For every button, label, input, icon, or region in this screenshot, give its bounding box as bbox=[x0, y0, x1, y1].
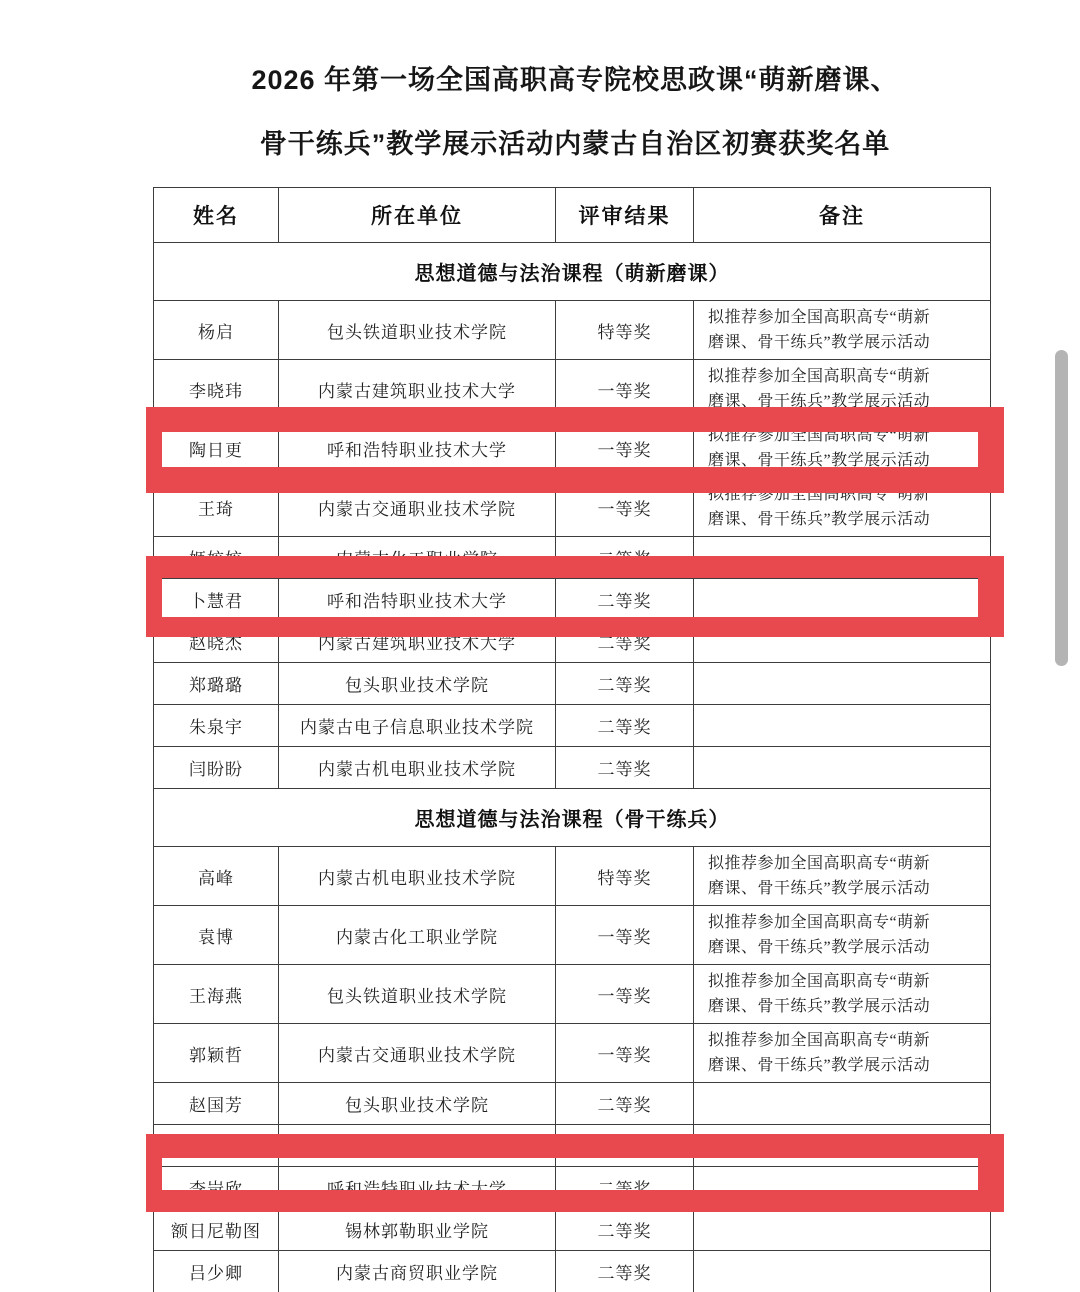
table-row: 王琦内蒙古交通职业技术学院一等奖拟推荐参加全国高职高专“萌新 磨课、骨干练兵”教… bbox=[154, 478, 991, 537]
unit-cell: 包头职业技术学院 bbox=[279, 663, 556, 705]
table-row: 卜慧君呼和浩特职业技术大学二等奖 bbox=[154, 579, 991, 621]
document-title: 2026 年第一场全国高职高专院校思政课“萌新磨课、 骨干练兵”教学展示活动内蒙… bbox=[70, 48, 1080, 176]
table-header-row: 姓名 所在单位 评审结果 备注 bbox=[154, 188, 991, 243]
result-cell: 二等奖 bbox=[556, 1125, 694, 1167]
unit-cell: 内蒙古化工职业学院 bbox=[279, 537, 556, 579]
result-cell: 一等奖 bbox=[556, 1024, 694, 1083]
header-name: 姓名 bbox=[154, 188, 279, 243]
result-cell: 二等奖 bbox=[556, 1251, 694, 1292]
result-cell: 特等奖 bbox=[556, 847, 694, 906]
remark-cell: 拟推荐参加全国高职高专“萌新 磨课、骨干练兵”教学展示活动 bbox=[694, 301, 991, 360]
result-cell: 二等奖 bbox=[556, 1083, 694, 1125]
section-header-row: 思想道德与法治课程（骨干练兵） bbox=[154, 789, 991, 847]
unit-cell: 呼和浩特职业技术大学 bbox=[279, 1167, 556, 1209]
result-cell: 二等奖 bbox=[556, 579, 694, 621]
remark-cell bbox=[694, 579, 991, 621]
remark-cell bbox=[694, 537, 991, 579]
remark-cell bbox=[694, 747, 991, 789]
table-row: 李晓玮内蒙古建筑职业技术大学一等奖拟推荐参加全国高职高专“萌新 磨课、骨干练兵”… bbox=[154, 360, 991, 419]
name-cell: 吕少卿 bbox=[154, 1251, 279, 1292]
section-header-row: 思想道德与法治课程（萌新磨课） bbox=[154, 243, 991, 301]
table-row: 朱泉宇内蒙古电子信息职业技术学院二等奖 bbox=[154, 705, 991, 747]
unit-cell: 锡林郭勒职业学院 bbox=[279, 1209, 556, 1251]
result-cell: 二等奖 bbox=[556, 1167, 694, 1209]
remark-cell bbox=[694, 1251, 991, 1292]
header-unit: 所在单位 bbox=[279, 188, 556, 243]
result-cell: 二等奖 bbox=[556, 621, 694, 663]
unit-cell: 内蒙古化工职业学院 bbox=[279, 906, 556, 965]
remark-cell bbox=[694, 621, 991, 663]
remark-cell: 拟推荐参加全国高职高专“萌新 磨课、骨干练兵”教学展示活动 bbox=[694, 906, 991, 965]
table-row: 李岢欣呼和浩特职业技术大学二等奖 bbox=[154, 1167, 991, 1209]
result-cell: 特等奖 bbox=[556, 301, 694, 360]
result-cell: 一等奖 bbox=[556, 478, 694, 537]
unit-cell: 内蒙古建筑职业技术大学 bbox=[279, 1125, 556, 1167]
table-row: 郭颖哲内蒙古交通职业技术学院一等奖拟推荐参加全国高职高专“萌新 磨课、骨干练兵”… bbox=[154, 1024, 991, 1083]
name-cell: 朱泉宇 bbox=[154, 705, 279, 747]
table-row: 赵晓杰内蒙古建筑职业技术大学二等奖 bbox=[154, 621, 991, 663]
result-cell: 一等奖 bbox=[556, 965, 694, 1024]
unit-cell: 包头职业技术学院 bbox=[279, 1083, 556, 1125]
name-cell: 李晓玮 bbox=[154, 360, 279, 419]
remark-cell bbox=[694, 1083, 991, 1125]
remark-cell: 拟推荐参加全国高职高专“萌新 磨课、骨干练兵”教学展示活动 bbox=[694, 419, 991, 478]
result-cell: 二等奖 bbox=[556, 705, 694, 747]
name-cell: 额日尼勒图 bbox=[154, 1209, 279, 1251]
table-row: 高峰内蒙古机电职业技术学院特等奖拟推荐参加全国高职高专“萌新 磨课、骨干练兵”教… bbox=[154, 847, 991, 906]
remark-cell: 拟推荐参加全国高职高专“萌新 磨课、骨干练兵”教学展示活动 bbox=[694, 478, 991, 537]
title-line-2: 骨干练兵”教学展示活动内蒙古自治区初赛获奖名单 bbox=[70, 112, 1080, 176]
table-row: 额日尼勒图锡林郭勒职业学院二等奖 bbox=[154, 1209, 991, 1251]
header-remark: 备注 bbox=[694, 188, 991, 243]
unit-cell: 内蒙古商贸职业学院 bbox=[279, 1251, 556, 1292]
name-cell: 郑璐璐 bbox=[154, 663, 279, 705]
result-cell: 二等奖 bbox=[556, 747, 694, 789]
document-page: 2026 年第一场全国高职高专院校思政课“萌新磨课、 骨干练兵”教学展示活动内蒙… bbox=[0, 0, 1080, 1292]
table-row: 郑璐璐包头职业技术学院二等奖 bbox=[154, 663, 991, 705]
unit-cell: 包头铁道职业技术学院 bbox=[279, 301, 556, 360]
name-cell: 卜慧君 bbox=[154, 579, 279, 621]
name-cell: 李岢欣 bbox=[154, 1167, 279, 1209]
result-cell: 一等奖 bbox=[556, 419, 694, 478]
name-cell: 姬姣姣 bbox=[154, 537, 279, 579]
unit-cell: 内蒙古建筑职业技术大学 bbox=[279, 621, 556, 663]
remark-cell: 拟推荐参加全国高职高专“萌新 磨课、骨干练兵”教学展示活动 bbox=[694, 965, 991, 1024]
name-cell: 王海燕 bbox=[154, 965, 279, 1024]
table-row: 吕少卿内蒙古商贸职业学院二等奖 bbox=[154, 1251, 991, 1292]
unit-cell: 呼和浩特职业技术大学 bbox=[279, 579, 556, 621]
unit-cell: 内蒙古建筑职业技术大学 bbox=[279, 360, 556, 419]
remark-cell bbox=[694, 705, 991, 747]
remark-cell: 拟推荐参加全国高职高专“萌新 磨课、骨干练兵”教学展示活动 bbox=[694, 360, 991, 419]
unit-cell: 内蒙古机电职业技术学院 bbox=[279, 747, 556, 789]
remark-cell bbox=[694, 663, 991, 705]
remark-cell bbox=[694, 1209, 991, 1251]
result-cell: 二等奖 bbox=[556, 1209, 694, 1251]
result-cell: 一等奖 bbox=[556, 360, 694, 419]
name-cell: 高峰 bbox=[154, 847, 279, 906]
table-row: 袁博内蒙古化工职业学院一等奖拟推荐参加全国高职高专“萌新 磨课、骨干练兵”教学展… bbox=[154, 906, 991, 965]
name-cell: 赵晓杰 bbox=[154, 621, 279, 663]
table-row: 王海燕包头铁道职业技术学院一等奖拟推荐参加全国高职高专“萌新 磨课、骨干练兵”教… bbox=[154, 965, 991, 1024]
unit-cell: 呼和浩特职业技术大学 bbox=[279, 419, 556, 478]
section-title: 思想道德与法治课程（骨干练兵） bbox=[154, 789, 991, 847]
remark-cell: 拟推荐参加全国高职高专“萌新 磨课、骨干练兵”教学展示活动 bbox=[694, 1024, 991, 1083]
remark-cell: 拟推荐参加全国高职高专“萌新 磨课、骨干练兵”教学展示活动 bbox=[694, 847, 991, 906]
result-cell: 二等奖 bbox=[556, 663, 694, 705]
name-cell: 赵国芳 bbox=[154, 1083, 279, 1125]
table-row: 姬姣姣内蒙古化工职业学院二等奖 bbox=[154, 537, 991, 579]
results-table-body: 思想道德与法治课程（萌新磨课）杨启包头铁道职业技术学院特等奖拟推荐参加全国高职高… bbox=[154, 243, 991, 1292]
remark-cell bbox=[694, 1125, 991, 1167]
remark-cell bbox=[694, 1167, 991, 1209]
name-cell: 闫盼盼 bbox=[154, 747, 279, 789]
name-cell: 郭颖哲 bbox=[154, 1024, 279, 1083]
section-title: 思想道德与法治课程（萌新磨课） bbox=[154, 243, 991, 301]
table-row: 闫盼盼内蒙古机电职业技术学院二等奖 bbox=[154, 747, 991, 789]
name-cell: 王琦 bbox=[154, 478, 279, 537]
name-cell: 陶日更 bbox=[154, 419, 279, 478]
results-table: 姓名 所在单位 评审结果 备注 思想道德与法治课程（萌新磨课）杨启包头铁道职业技… bbox=[153, 187, 991, 1292]
name-cell: 袁博 bbox=[154, 906, 279, 965]
unit-cell: 内蒙古电子信息职业技术学院 bbox=[279, 705, 556, 747]
scrollbar-thumb[interactable] bbox=[1055, 350, 1068, 666]
name-cell: 郭凡 bbox=[154, 1125, 279, 1167]
name-cell: 杨启 bbox=[154, 301, 279, 360]
table-row: 杨启包头铁道职业技术学院特等奖拟推荐参加全国高职高专“萌新 磨课、骨干练兵”教学… bbox=[154, 301, 991, 360]
table-row: 赵国芳包头职业技术学院二等奖 bbox=[154, 1083, 991, 1125]
result-cell: 一等奖 bbox=[556, 906, 694, 965]
table-row: 陶日更呼和浩特职业技术大学一等奖拟推荐参加全国高职高专“萌新 磨课、骨干练兵”教… bbox=[154, 419, 991, 478]
unit-cell: 内蒙古机电职业技术学院 bbox=[279, 847, 556, 906]
title-line-1: 2026 年第一场全国高职高专院校思政课“萌新磨课、 bbox=[70, 48, 1080, 112]
result-cell: 二等奖 bbox=[556, 537, 694, 579]
unit-cell: 内蒙古交通职业技术学院 bbox=[279, 1024, 556, 1083]
table-row: 郭凡内蒙古建筑职业技术大学二等奖 bbox=[154, 1125, 991, 1167]
unit-cell: 内蒙古交通职业技术学院 bbox=[279, 478, 556, 537]
unit-cell: 包头铁道职业技术学院 bbox=[279, 965, 556, 1024]
header-result: 评审结果 bbox=[556, 188, 694, 243]
